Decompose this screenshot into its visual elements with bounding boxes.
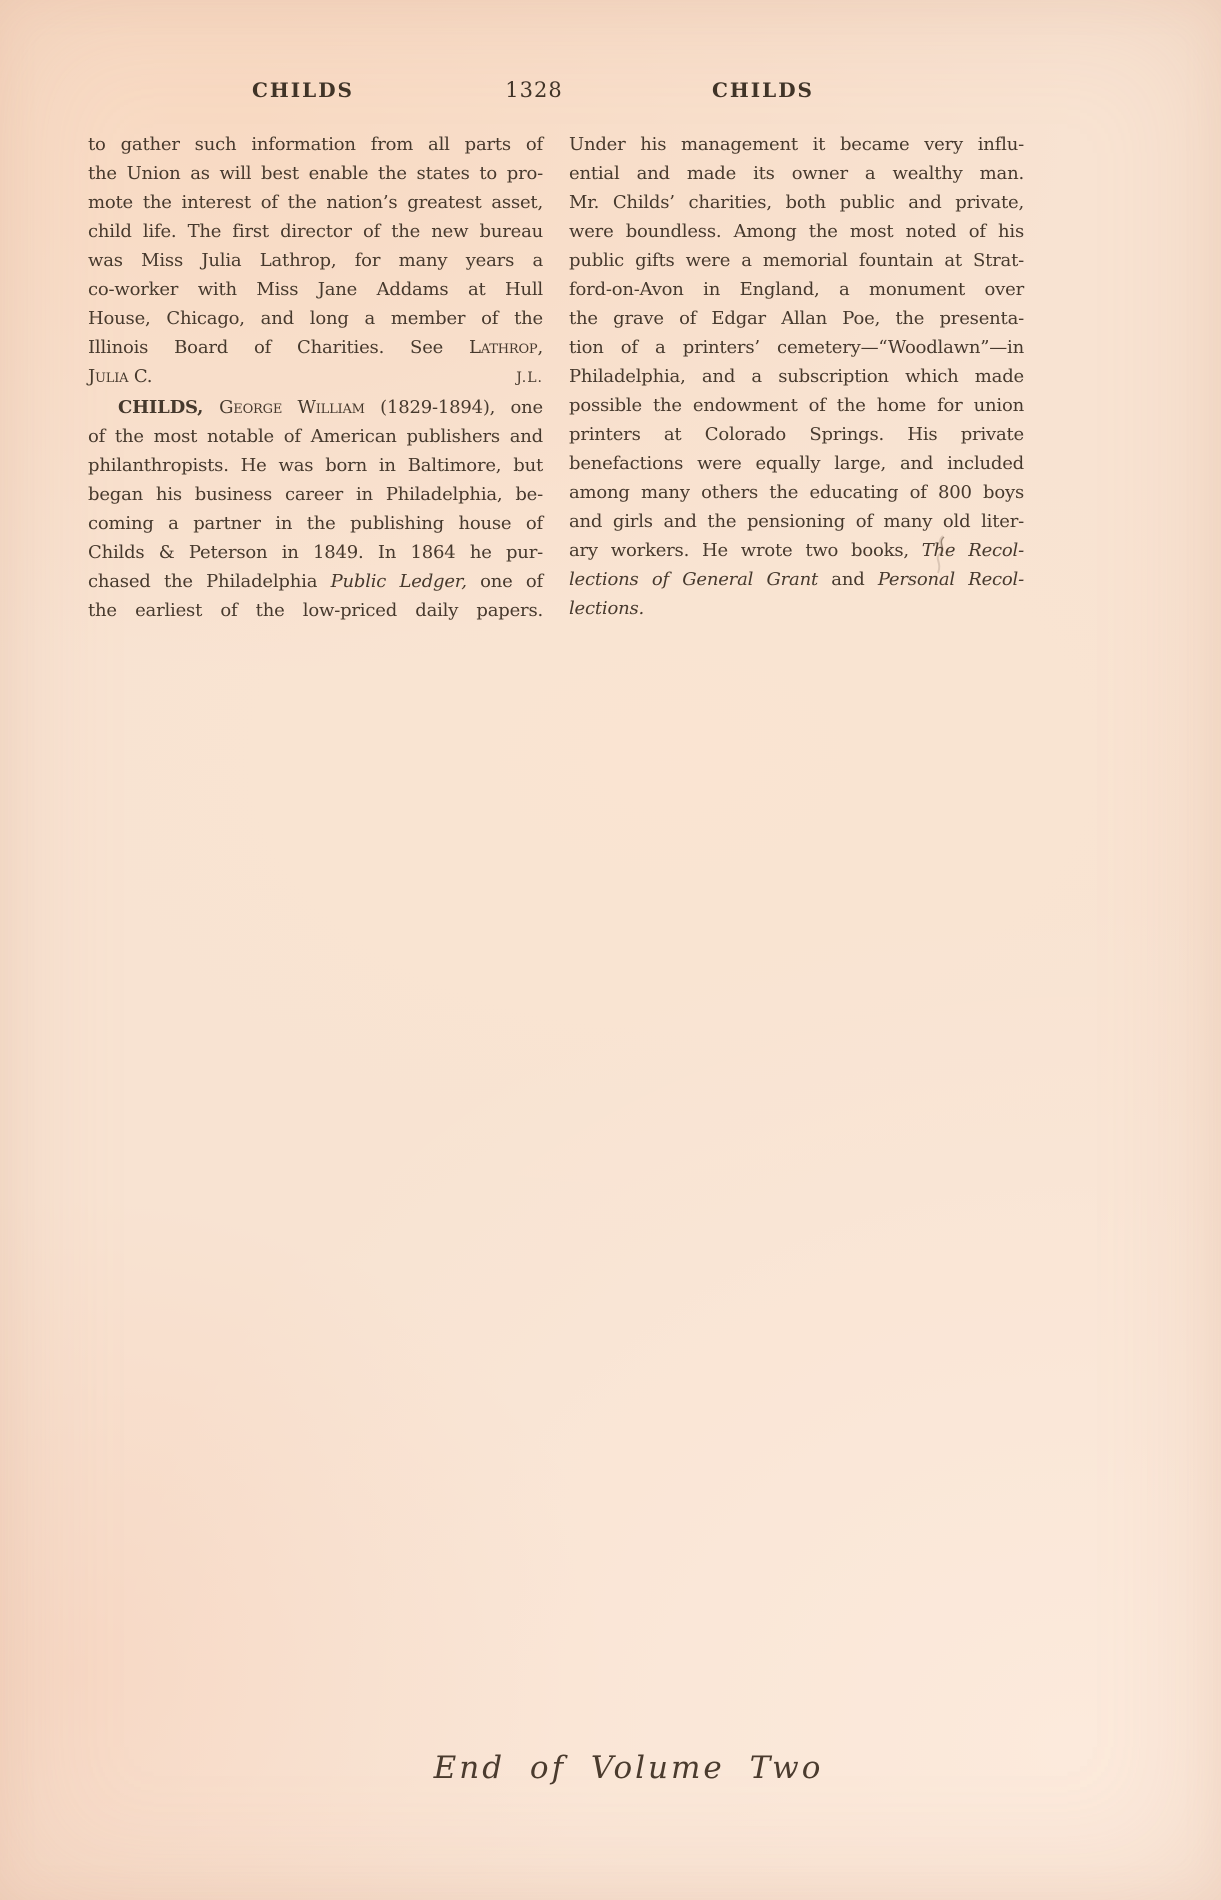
text-segment: possible the endowment of the home for u…	[569, 395, 1024, 416]
text-line: and girls and the pensioning of many old…	[569, 507, 1024, 536]
text-segment: House, Chicago, and long a member of the	[88, 308, 543, 329]
text-segment: tion of a printers’ cemetery—“Woodlawn”—…	[569, 337, 1024, 358]
text-line: Childs & Peterson in 1849. In 1864 he pu…	[88, 538, 543, 567]
text-line: possible the endowment of the home for u…	[569, 391, 1024, 420]
text-segment: Lathrop,	[469, 337, 543, 358]
text-line: the earliest of the low-priced daily pap…	[88, 596, 543, 625]
page-crease-mark	[926, 534, 954, 576]
text-segment: (1829-1894), one	[380, 397, 543, 418]
text-segment: Mr. Childs’ charities, both public and p…	[569, 192, 1024, 213]
right-column: Under his management it became very infl…	[569, 130, 1024, 625]
text-segment: among many others the educating of 800 b…	[569, 482, 1024, 503]
text-segment: philanthropists. He was born in Baltimor…	[88, 455, 543, 476]
text-segment: lections.	[569, 598, 644, 619]
text-line: ary workers. He wrote two books, The Rec…	[569, 536, 1024, 565]
text-segment: the earliest of the low-priced daily pap…	[88, 600, 543, 621]
text-line: Mr. Childs’ charities, both public and p…	[569, 188, 1024, 217]
text-line: Philadelphia, and a subscription which m…	[569, 362, 1024, 391]
text-segment: to gather such information from all part…	[88, 134, 543, 155]
text-line: coming a partner in the publishing house…	[88, 509, 543, 538]
text-segment: of the most notable of American publishe…	[88, 426, 543, 447]
text-segment: benefactions were equally large, and inc…	[569, 453, 1024, 474]
volume-end-note: End of Volume Two	[18, 1750, 1221, 1786]
text-line: CHILDS, George William (1829-1894), one	[88, 393, 543, 422]
running-head-left: CHILDS	[252, 78, 354, 102]
scanned-book-page: { "colors": { "paper": "#f8e3d2", "ink":…	[0, 0, 1221, 1900]
page-number: 1328	[505, 78, 562, 102]
text-line: of the most notable of American publishe…	[88, 422, 543, 451]
text-segment: George William	[219, 397, 380, 418]
text-line: public gifts were a memorial fountain at…	[569, 246, 1024, 275]
text-line: printers at Colorado Springs. His privat…	[569, 420, 1024, 449]
text-line: tion of a printers’ cemetery—“Woodlawn”—…	[569, 333, 1024, 362]
text-line: was Miss Julia Lathrop, for many years a	[88, 246, 543, 275]
text-segment: public gifts were a memorial fountain at…	[569, 250, 1024, 271]
text-line: the Union as will best enable the states…	[88, 159, 543, 188]
text-segment: mote the interest of the nation’s greate…	[88, 192, 543, 213]
text-segment: J.L.	[516, 364, 543, 393]
text-line: were boundless. Among the most noted of …	[569, 217, 1024, 246]
text-segment: lections of General Grant	[569, 569, 818, 590]
text-segment: one of	[467, 571, 543, 592]
text-segment: the grave of Edgar Allan Poe, the presen…	[569, 308, 1024, 329]
text-line: Julia C.J.L.	[88, 362, 543, 393]
text-line: benefactions were equally large, and inc…	[569, 449, 1024, 478]
text-line: lections of General Grant and Personal R…	[569, 565, 1024, 594]
text-line: co-worker with Miss Jane Addams at Hull	[88, 275, 543, 304]
text-segment: began his business career in Philadelphi…	[88, 484, 543, 505]
text-line: Under his management it became very infl…	[569, 130, 1024, 159]
text-segment: Illinois Board of Charities. See	[88, 337, 469, 358]
running-head-right: CHILDS	[712, 78, 814, 102]
text-segment: were boundless. Among the most noted of …	[569, 221, 1024, 242]
text-segment: ford-on-Avon in England, a monument over	[569, 279, 1024, 300]
text-segment: Childs & Peterson in 1849. In 1864 he pu…	[88, 542, 543, 563]
text-line: among many others the educating of 800 b…	[569, 478, 1024, 507]
text-line: ford-on-Avon in England, a monument over	[569, 275, 1024, 304]
text-segment: and	[818, 569, 878, 590]
text-segment: printers at Colorado Springs. His privat…	[569, 424, 1024, 445]
text-line: to gather such information from all part…	[88, 130, 543, 159]
text-line: chased the Philadelphia Public Ledger, o…	[88, 567, 543, 596]
text-segment: the Union as will best enable the states…	[88, 163, 543, 184]
text-segment: coming a partner in the publishing house…	[88, 513, 543, 534]
text-segment: Philadelphia, and a subscription which m…	[569, 366, 1024, 387]
text-segment: Julia C.	[88, 362, 152, 391]
text-segment: and girls and the pensioning of many old…	[569, 511, 1024, 532]
text-segment: Public Ledger,	[331, 571, 467, 592]
paragraph: to gather such information from all part…	[88, 130, 543, 393]
text-line: the grave of Edgar Allan Poe, the presen…	[569, 304, 1024, 333]
text-segment: CHILDS,	[118, 397, 219, 418]
text-segment: child life. The first director of the ne…	[88, 221, 543, 242]
text-line: ential and made its owner a wealthy man.	[569, 159, 1024, 188]
text-line: began his business career in Philadelphi…	[88, 480, 543, 509]
text-segment: was Miss Julia Lathrop, for many years a	[88, 250, 543, 271]
text-columns: to gather such information from all part…	[88, 130, 1024, 625]
paragraph: Under his management it became very infl…	[569, 130, 1024, 623]
text-segment: chased the Philadelphia	[88, 571, 331, 592]
text-line: mote the interest of the nation’s greate…	[88, 188, 543, 217]
text-segment: ential and made its owner a wealthy man.	[569, 163, 1024, 184]
text-line: child life. The first director of the ne…	[88, 217, 543, 246]
text-segment: ary workers. He wrote two books,	[569, 540, 922, 561]
text-segment: co-worker with Miss Jane Addams at Hull	[88, 279, 543, 300]
text-segment: Under his management it became very infl…	[569, 134, 1024, 155]
left-column: to gather such information from all part…	[88, 130, 543, 625]
text-line: lections.	[569, 594, 1024, 623]
paragraph: CHILDS, George William (1829-1894), oneo…	[88, 393, 543, 625]
text-line: House, Chicago, and long a member of the	[88, 304, 543, 333]
text-line: Illinois Board of Charities. See Lathrop…	[88, 333, 543, 362]
text-line: philanthropists. He was born in Baltimor…	[88, 451, 543, 480]
